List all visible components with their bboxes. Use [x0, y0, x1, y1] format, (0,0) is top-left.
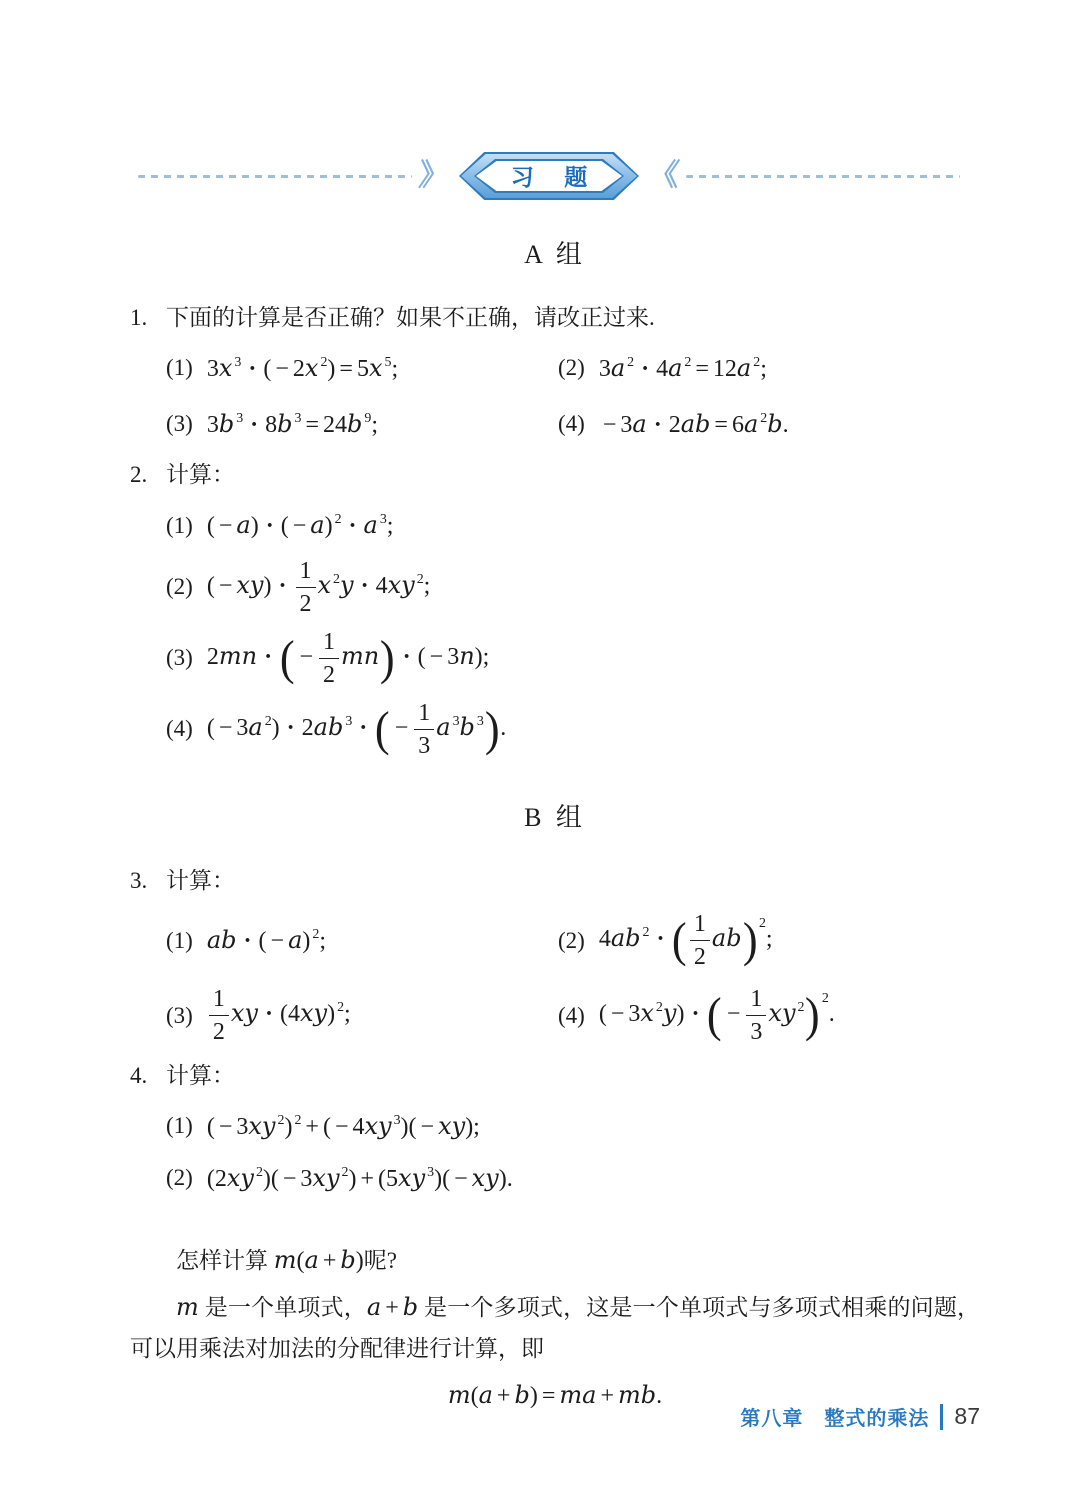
- page-footer: 第八章 整式的乘法 87: [740, 1402, 980, 1431]
- math-expression: (2xy2)(−3xy2)+(5xy3)(−xy).: [207, 1164, 513, 1193]
- math-expression: (−a)·(−a)2·a3;: [207, 511, 394, 540]
- problem-3-head: 3. 计算：: [130, 864, 980, 897]
- group-a-title: A 组: [130, 234, 980, 271]
- exercise-item-2-1: (1) (−a)·(−a)2·a3;: [166, 506, 980, 546]
- problem-4-items: (1) (−3xy2)2+(−4xy3)(−xy); (2) (2xy2)(−3…: [166, 1106, 980, 1198]
- item-label: (3): [166, 411, 193, 437]
- math-expression: (−xy)·12x2y·4xy2;: [207, 558, 430, 617]
- item-label: (2): [166, 574, 193, 600]
- problem-4-head: 4. 计算：: [130, 1059, 980, 1092]
- problem-1: 1. 下面的计算是否正确？如果不正确，请改正过来. (1) 3x3·(−2x2)…: [130, 301, 980, 444]
- problem-3-prompt: 计算：: [166, 864, 235, 897]
- discussion-question: 怎样计算 m(a+b)呢?: [130, 1240, 980, 1282]
- exercise-item-4-2: (2) (2xy2)(−3xy2)+(5xy3)(−xy).: [166, 1158, 980, 1198]
- math-expression: (−3x2y)·(−13xy2)2.: [599, 986, 835, 1045]
- exercise-item-1-3: (3) 3b3·8b3=24b9;: [166, 404, 558, 444]
- badge-title: 习 题: [499, 159, 599, 192]
- item-label: (1): [166, 1113, 193, 1139]
- problem-4-number: 4.: [130, 1059, 166, 1092]
- exercise-item-2-3: (3) 2mn·(−12mn)·(−3n);: [166, 629, 980, 688]
- exercise-item-1-4: (4) −3a·2ab=6a2b.: [558, 404, 980, 444]
- problem-1-items: (1) 3x3·(−2x2)=5x5; (2) 3a2·4a2=12a2; (3…: [166, 348, 980, 444]
- problem-2-prompt: 计算：: [166, 458, 235, 491]
- math-expression: (−3a2)·2ab3·(−13a3b3).: [207, 700, 506, 759]
- problem-1-number: 1.: [130, 301, 166, 334]
- math-expression: 3a2·4a2=12a2;: [599, 354, 767, 383]
- exercise-item-3-3: (3) 12xy·(4xy)2;: [166, 986, 558, 1045]
- problem-4: 4. 计算： (1) (−3xy2)2+(−4xy3)(−xy); (2) (2…: [130, 1059, 980, 1198]
- math-expression: 3b3·8b3=24b9;: [207, 410, 378, 439]
- discussion-paragraph: m 是一个单项式，a+b 是一个多项式，这是一个单项式与多项式相乘的问题，可以用…: [130, 1286, 980, 1369]
- item-label: (2): [166, 1165, 193, 1191]
- problem-2-head: 2. 计算：: [130, 458, 980, 491]
- problem-1-prompt: 下面的计算是否正确？如果不正确，请改正过来.: [166, 301, 655, 334]
- exercise-item-3-2: (2) 4ab2·(12ab)2;: [558, 911, 980, 970]
- item-label: (2): [558, 355, 585, 381]
- problem-3-items: (1) ab·(−a)2; (2) 4ab2·(12ab)2; (3) 12xy…: [166, 911, 980, 1045]
- chapter-title: 第八章 整式的乘法: [740, 1402, 929, 1431]
- item-label: (4): [558, 411, 585, 437]
- problem-2-items: (1) (−a)·(−a)2·a3; (2) (−xy)·12x2y·4xy2;…: [166, 506, 980, 759]
- exercise-item-2-2: (2) (−xy)·12x2y·4xy2;: [166, 558, 980, 617]
- problem-4-prompt: 计算：: [166, 1059, 235, 1092]
- problem-2: 2. 计算： (1) (−a)·(−a)2·a3; (2) (−xy)·12x2…: [130, 458, 980, 758]
- exercise-item-3-1: (1) ab·(−a)2;: [166, 921, 558, 961]
- item-label: (2): [558, 928, 585, 954]
- item-label: (4): [558, 1003, 585, 1029]
- item-label: (3): [166, 1003, 193, 1029]
- problem-3-number: 3.: [130, 864, 166, 897]
- math-expression: −3a·2ab=6a2b.: [599, 410, 789, 439]
- problem-3: 3. 计算： (1) ab·(−a)2; (2) 4ab2·(12ab)2; (…: [130, 864, 980, 1045]
- exercise-item-2-4: (4) (−3a2)·2ab3·(−13a3b3).: [166, 700, 980, 759]
- math-expression: 3x3·(−2x2)=5x5;: [207, 354, 398, 383]
- problem-2-number: 2.: [130, 458, 166, 491]
- math-expression: 12xy·(4xy)2;: [207, 986, 351, 1045]
- group-b-title: B 组: [130, 797, 980, 834]
- math-expression: 4ab2·(12ab)2;: [599, 911, 773, 970]
- exercises-header-band: 》 习 题 《: [118, 152, 980, 200]
- math-expression: (−3xy2)2+(−4xy3)(−xy);: [207, 1112, 480, 1141]
- item-label: (1): [166, 355, 193, 381]
- item-label: (1): [166, 928, 193, 954]
- chevrons-right-icon: 》: [417, 161, 450, 191]
- exercise-item-1-2: (2) 3a2·4a2=12a2;: [558, 348, 980, 388]
- item-label: (3): [166, 645, 193, 671]
- page-number: 87: [954, 1403, 980, 1430]
- chevrons-left-icon: 《: [647, 161, 680, 191]
- dashed-line-right: [686, 175, 960, 178]
- item-label: (4): [166, 716, 193, 742]
- math-expression: ab·(−a)2;: [207, 926, 326, 955]
- exercises-badge: 习 题: [459, 152, 639, 200]
- discussion-section: 怎样计算 m(a+b)呢? m 是一个单项式，a+b 是一个多项式，这是一个单项…: [130, 1240, 980, 1410]
- footer-divider: [940, 1404, 943, 1430]
- dashed-line-left: [138, 175, 412, 178]
- math-expression: 2mn·(−12mn)·(−3n);: [207, 629, 490, 688]
- exercise-item-3-4: (4) (−3x2y)·(−13xy2)2.: [558, 986, 980, 1045]
- textbook-page: 》 习 题 《 A 组 1. 下面的计算是否正确？如果不正确，请改正过来. (1…: [0, 0, 1065, 1507]
- exercise-item-1-1: (1) 3x3·(−2x2)=5x5;: [166, 348, 558, 388]
- exercise-item-4-1: (1) (−3xy2)2+(−4xy3)(−xy);: [166, 1106, 980, 1146]
- problem-1-head: 1. 下面的计算是否正确？如果不正确，请改正过来.: [130, 301, 980, 334]
- item-label: (1): [166, 513, 193, 539]
